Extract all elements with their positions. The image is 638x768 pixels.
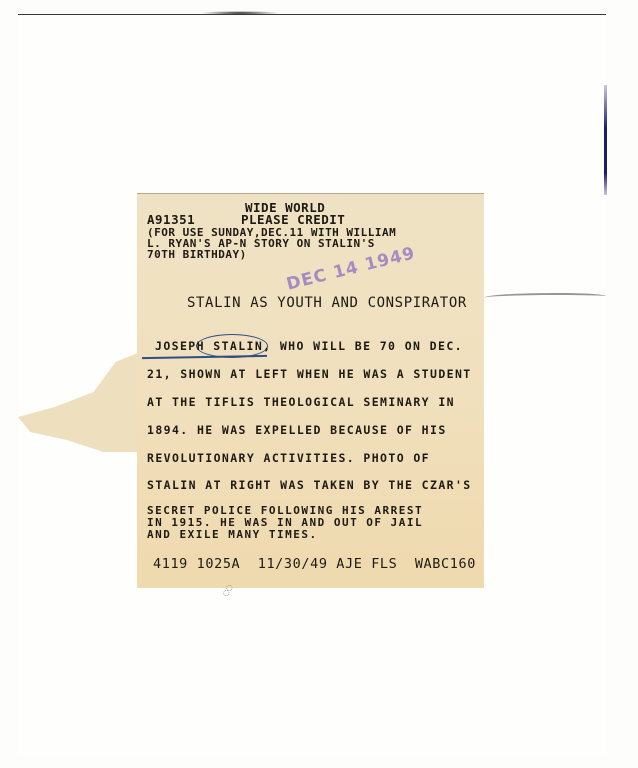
photo-id: A91351 xyxy=(147,214,195,226)
footer-code: 4119 1025A 11/30/49 AJE FLS WABC160 xyxy=(153,556,476,572)
body-line: JOSEPH STALIN, WHO WILL BE 70 ON DEC. xyxy=(155,339,463,353)
received-date-stamp: DEC 14 1949 xyxy=(285,243,418,294)
paper-crease xyxy=(484,293,606,301)
body-line: STALIN AT RIGHT WAS TAKEN BY THE CZAR'S xyxy=(147,478,472,492)
body-line: REVOLUTIONARY ACTIVITIES. PHOTO OF xyxy=(147,451,430,465)
credit-line: PLEASE CREDIT xyxy=(241,214,345,226)
body-line: AT THE TIFLIS THEOLOGICAL SEMINARY IN xyxy=(147,395,455,409)
usage-note-line: 70TH BIRTHDAY) xyxy=(147,249,247,261)
body-line: 21, SHOWN AT LEFT WHEN HE WAS A STUDENT xyxy=(147,367,472,381)
caption-slip: WIDE WORLD A91351 PLEASE CREDIT (FOR USE… xyxy=(137,193,484,588)
right-edge-ink-mark xyxy=(604,85,607,195)
pen-underline-mark xyxy=(142,355,267,359)
headline: STALIN AS YOUTH AND CONSPIRATOR xyxy=(187,295,467,311)
body-line: 1894. HE WAS EXPELLED BECAUSE OF HIS xyxy=(147,423,447,437)
body-line-small: AND EXILE MANY TIMES. xyxy=(147,529,318,541)
top-edge-shadow xyxy=(200,11,280,15)
